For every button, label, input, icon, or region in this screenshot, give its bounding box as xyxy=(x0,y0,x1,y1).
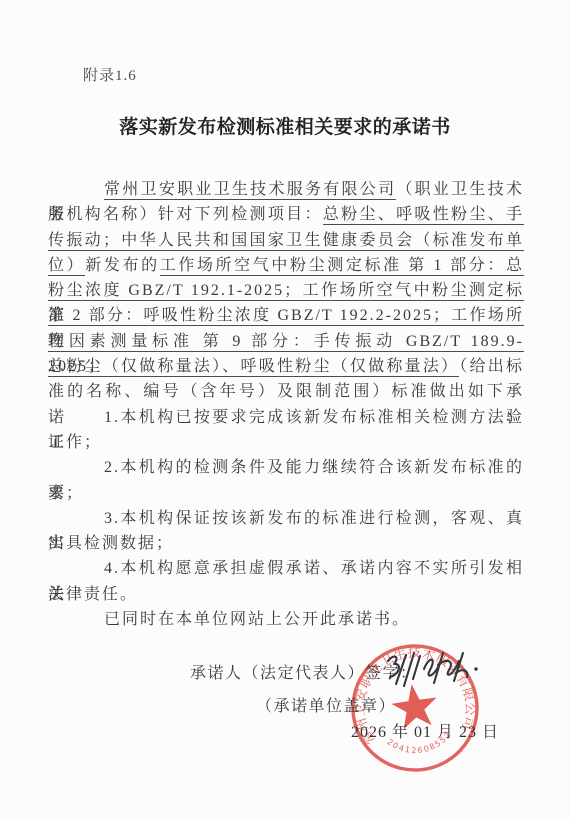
handwritten-signature xyxy=(383,648,483,692)
test-items-field: 总粉尘、呼吸性粉尘、手 xyxy=(323,206,524,225)
body-text: 新发布的 xyxy=(85,257,159,274)
commitment-item-1: 1.本机构已按要求完成该新发布标准相关检测方法验证 xyxy=(48,405,524,430)
commitment-item-3: 3.本机构保证按该新发布的标准进行检测，客观、真实 xyxy=(48,506,524,531)
publication-note: 已同时在本单位网站上公开此承诺书。 xyxy=(48,607,524,632)
document-title: 落实新发布检测标准相关要求的承诺书 xyxy=(0,112,570,139)
commitment-date: 2026 年 01 月 23 日 xyxy=(351,719,499,742)
body-text: 已同时在本单位网站上公开此承诺书。 xyxy=(104,611,410,628)
limit-scope-field: 总粉尘（仅做称量法）、呼吸性粉尘（仅做称量法） xyxy=(48,358,459,377)
commitment-item-3: 出具检测数据； xyxy=(48,531,524,556)
body-text: （给出标 xyxy=(459,358,524,375)
body-text: 工作； xyxy=(48,434,102,451)
body-text: 法律责任。 xyxy=(48,586,138,603)
body-line: 总粉尘（仅做称量法）、呼吸性粉尘（仅做称量法）（给出标 xyxy=(48,354,524,379)
signature-end-dot xyxy=(474,667,477,670)
commitment-item-1: 工作； xyxy=(48,430,524,455)
document-page: 附录1.6 落实新发布检测标准相关要求的承诺书 常州卫安职业卫生技术服务有限公司… xyxy=(0,0,570,818)
commitment-item-2: 2.本机构的检测条件及能力继续符合该新发布标准的要 xyxy=(48,455,524,480)
appendix-label: 附录1.6 xyxy=(83,64,137,85)
issuing-authority-field: 传振动；中华人民共和国国家卫生健康委员会（标准发布单 xyxy=(48,232,524,251)
body-line: 位）新发布的工作场所空气中粉尘测定标准 第 1 部分：总 xyxy=(48,253,524,278)
body-line: 传振动；中华人民共和国国家卫生健康委员会（标准发布单 xyxy=(48,228,524,253)
standard-name-field: 工作场所空气中粉尘测定标准 第 1 部分：总 xyxy=(160,257,524,276)
body-line: 理因素测量标准 第 9 部分：手传振动 GBZ/T 189.9-2025； xyxy=(48,329,524,354)
commitment-item-4: 4.本机构愿意承担虚假承诺、承诺内容不实所引发相关 xyxy=(48,556,524,581)
body-line: 粉尘浓度 GBZ/T 192.1-2025；工作场所空气中粉尘测定标准 xyxy=(48,278,524,303)
body-text: 出具检测数据； xyxy=(48,535,174,552)
body-line: 务机构名称）针对下列检测项目：总粉尘、呼吸性粉尘、手 xyxy=(48,202,524,227)
issuing-authority-field: 位） xyxy=(48,257,85,276)
document-body: 常州卫安职业卫生技术服务有限公司（职业卫生技术服 务机构名称）针对下列检测项目：… xyxy=(48,177,524,632)
body-line: 常州卫安职业卫生技术服务有限公司（职业卫生技术服 xyxy=(48,177,524,202)
commitment-item-2: 求； xyxy=(48,481,524,506)
body-text: 求； xyxy=(48,485,84,502)
body-text: 务机构名称）针对下列检测项目： xyxy=(48,206,323,223)
body-line: 准的名称、编号（含年号）及限制范围）标准做出如下承诺： xyxy=(48,379,524,404)
body-line: 第 2 部分：呼吸性粉尘浓度 GBZ/T 192.2-2025；工作场所物 xyxy=(48,303,524,328)
company-name-field: 常州卫安职业卫生技术服务有限公司 xyxy=(104,181,396,200)
stamp-label: （承诺单位盖章） xyxy=(256,693,396,716)
commitment-item-4: 法律责任。 xyxy=(48,582,524,607)
